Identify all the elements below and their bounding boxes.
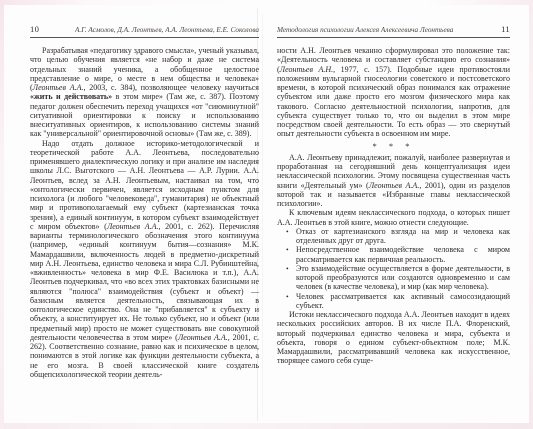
text-segment: Отказ от картезианского взгляда на мир и… bbox=[296, 227, 510, 245]
paragraph: Разрабатывая «педагогику здравого смысла… bbox=[30, 46, 259, 139]
page-gutter-shadow-2 bbox=[262, 14, 263, 415]
paragraph: Истоки неклассического подхода А.А. Леон… bbox=[277, 310, 510, 366]
bullet-text: Это взаимодействие осуществляется в форм… bbox=[296, 264, 510, 292]
text-segment: Надо отдать должное историко-методологич… bbox=[30, 139, 259, 231]
text-segment: Леонтьев А.А. bbox=[107, 222, 159, 231]
paragraph: А.А. Леонтьеву принадлежит, пожалуй, наи… bbox=[277, 153, 510, 209]
bullet-marker: • bbox=[286, 245, 296, 264]
text-segment: Леонтьев А.А. bbox=[178, 333, 228, 342]
text-segment: Леонтьев А.Н. bbox=[280, 65, 333, 74]
paragraph: Надо отдать должное историко-методологич… bbox=[30, 139, 259, 380]
right-page-number: 11 bbox=[501, 24, 510, 34]
book-cover-edge-left bbox=[0, 0, 4, 429]
text-segment: Непосредственное взаимодействие человека… bbox=[296, 245, 510, 263]
left-running-head: А.Г. Асмолов, Д.А. Леонтьев, А.А. Леонть… bbox=[75, 26, 259, 34]
bullet-item: •Человек рассматривается как активный са… bbox=[277, 292, 510, 311]
left-page-number: 10 bbox=[30, 24, 39, 34]
text-segment: Человек рассматривается как активный сам… bbox=[296, 292, 510, 310]
text-segment: , 2003, с. 384), позволяющее человеку на… bbox=[83, 83, 259, 92]
book-cover-edge-right bbox=[529, 0, 533, 429]
left-page-body: Разрабатывая «педагогику здравого смысла… bbox=[30, 46, 259, 379]
right-running-head: Методология психологии Алексея Алексееви… bbox=[277, 26, 453, 34]
bullet-marker: • bbox=[286, 227, 296, 246]
text-segment: Истоки неклассического подхода А.А. Леон… bbox=[277, 310, 510, 365]
book-cover-edge-bottom bbox=[0, 423, 533, 429]
text-segment: , 1977, с. 157). Подобные идеи противост… bbox=[277, 65, 510, 139]
bullet-marker: • bbox=[286, 292, 296, 311]
right-page-header: Методология психологии Алексея Алексееви… bbox=[277, 24, 510, 38]
bullet-text: Отказ от картезианского взгляда на мир и… bbox=[296, 227, 510, 246]
left-page: 10 А.Г. Асмолов, Д.А. Леонтьев, А.А. Лео… bbox=[30, 24, 259, 379]
right-page-body: ности А.Н. Леонтьев чеканно сформулирова… bbox=[277, 46, 510, 366]
text-segment: Леонтьев А.А. bbox=[369, 181, 420, 190]
right-page: Методология психологии Алексея Алексееви… bbox=[277, 24, 510, 366]
paragraph: К ключевым идеям неклассического подхода… bbox=[277, 208, 510, 227]
bullet-text: Непосредственное взаимодействие человека… bbox=[296, 245, 510, 264]
section-separator: * * * bbox=[277, 142, 510, 151]
book-cover-edge-top bbox=[0, 0, 533, 5]
text-segment: К ключевым идеям неклассического подхода… bbox=[277, 208, 510, 226]
book-spread: 10 А.Г. Асмолов, Д.А. Леонтьев, А.А. Лео… bbox=[0, 0, 533, 429]
text-segment: Леонтьев А.А. bbox=[33, 83, 84, 92]
bullet-marker: • bbox=[286, 264, 296, 292]
paragraph: ности А.Н. Леонтьев чеканно сформулирова… bbox=[277, 46, 510, 139]
text-segment: , 2001, с. 262). Перечисляя варианты тер… bbox=[30, 222, 259, 342]
bullet-item: •Это взаимодействие осуществляется в фор… bbox=[277, 264, 510, 292]
text-segment: Это взаимодействие осуществляется в форм… bbox=[296, 264, 510, 292]
left-page-header: 10 А.Г. Асмолов, Д.А. Леонтьев, А.А. Лео… bbox=[30, 24, 259, 38]
bullet-item: •Отказ от картезианского взгляда на мир … bbox=[277, 227, 510, 246]
bullet-item: •Непосредственное взаимодействие человек… bbox=[277, 245, 510, 264]
text-segment: «жить и действовать» bbox=[30, 92, 112, 101]
bullet-text: Человек рассматривается как активный сам… bbox=[296, 292, 510, 311]
